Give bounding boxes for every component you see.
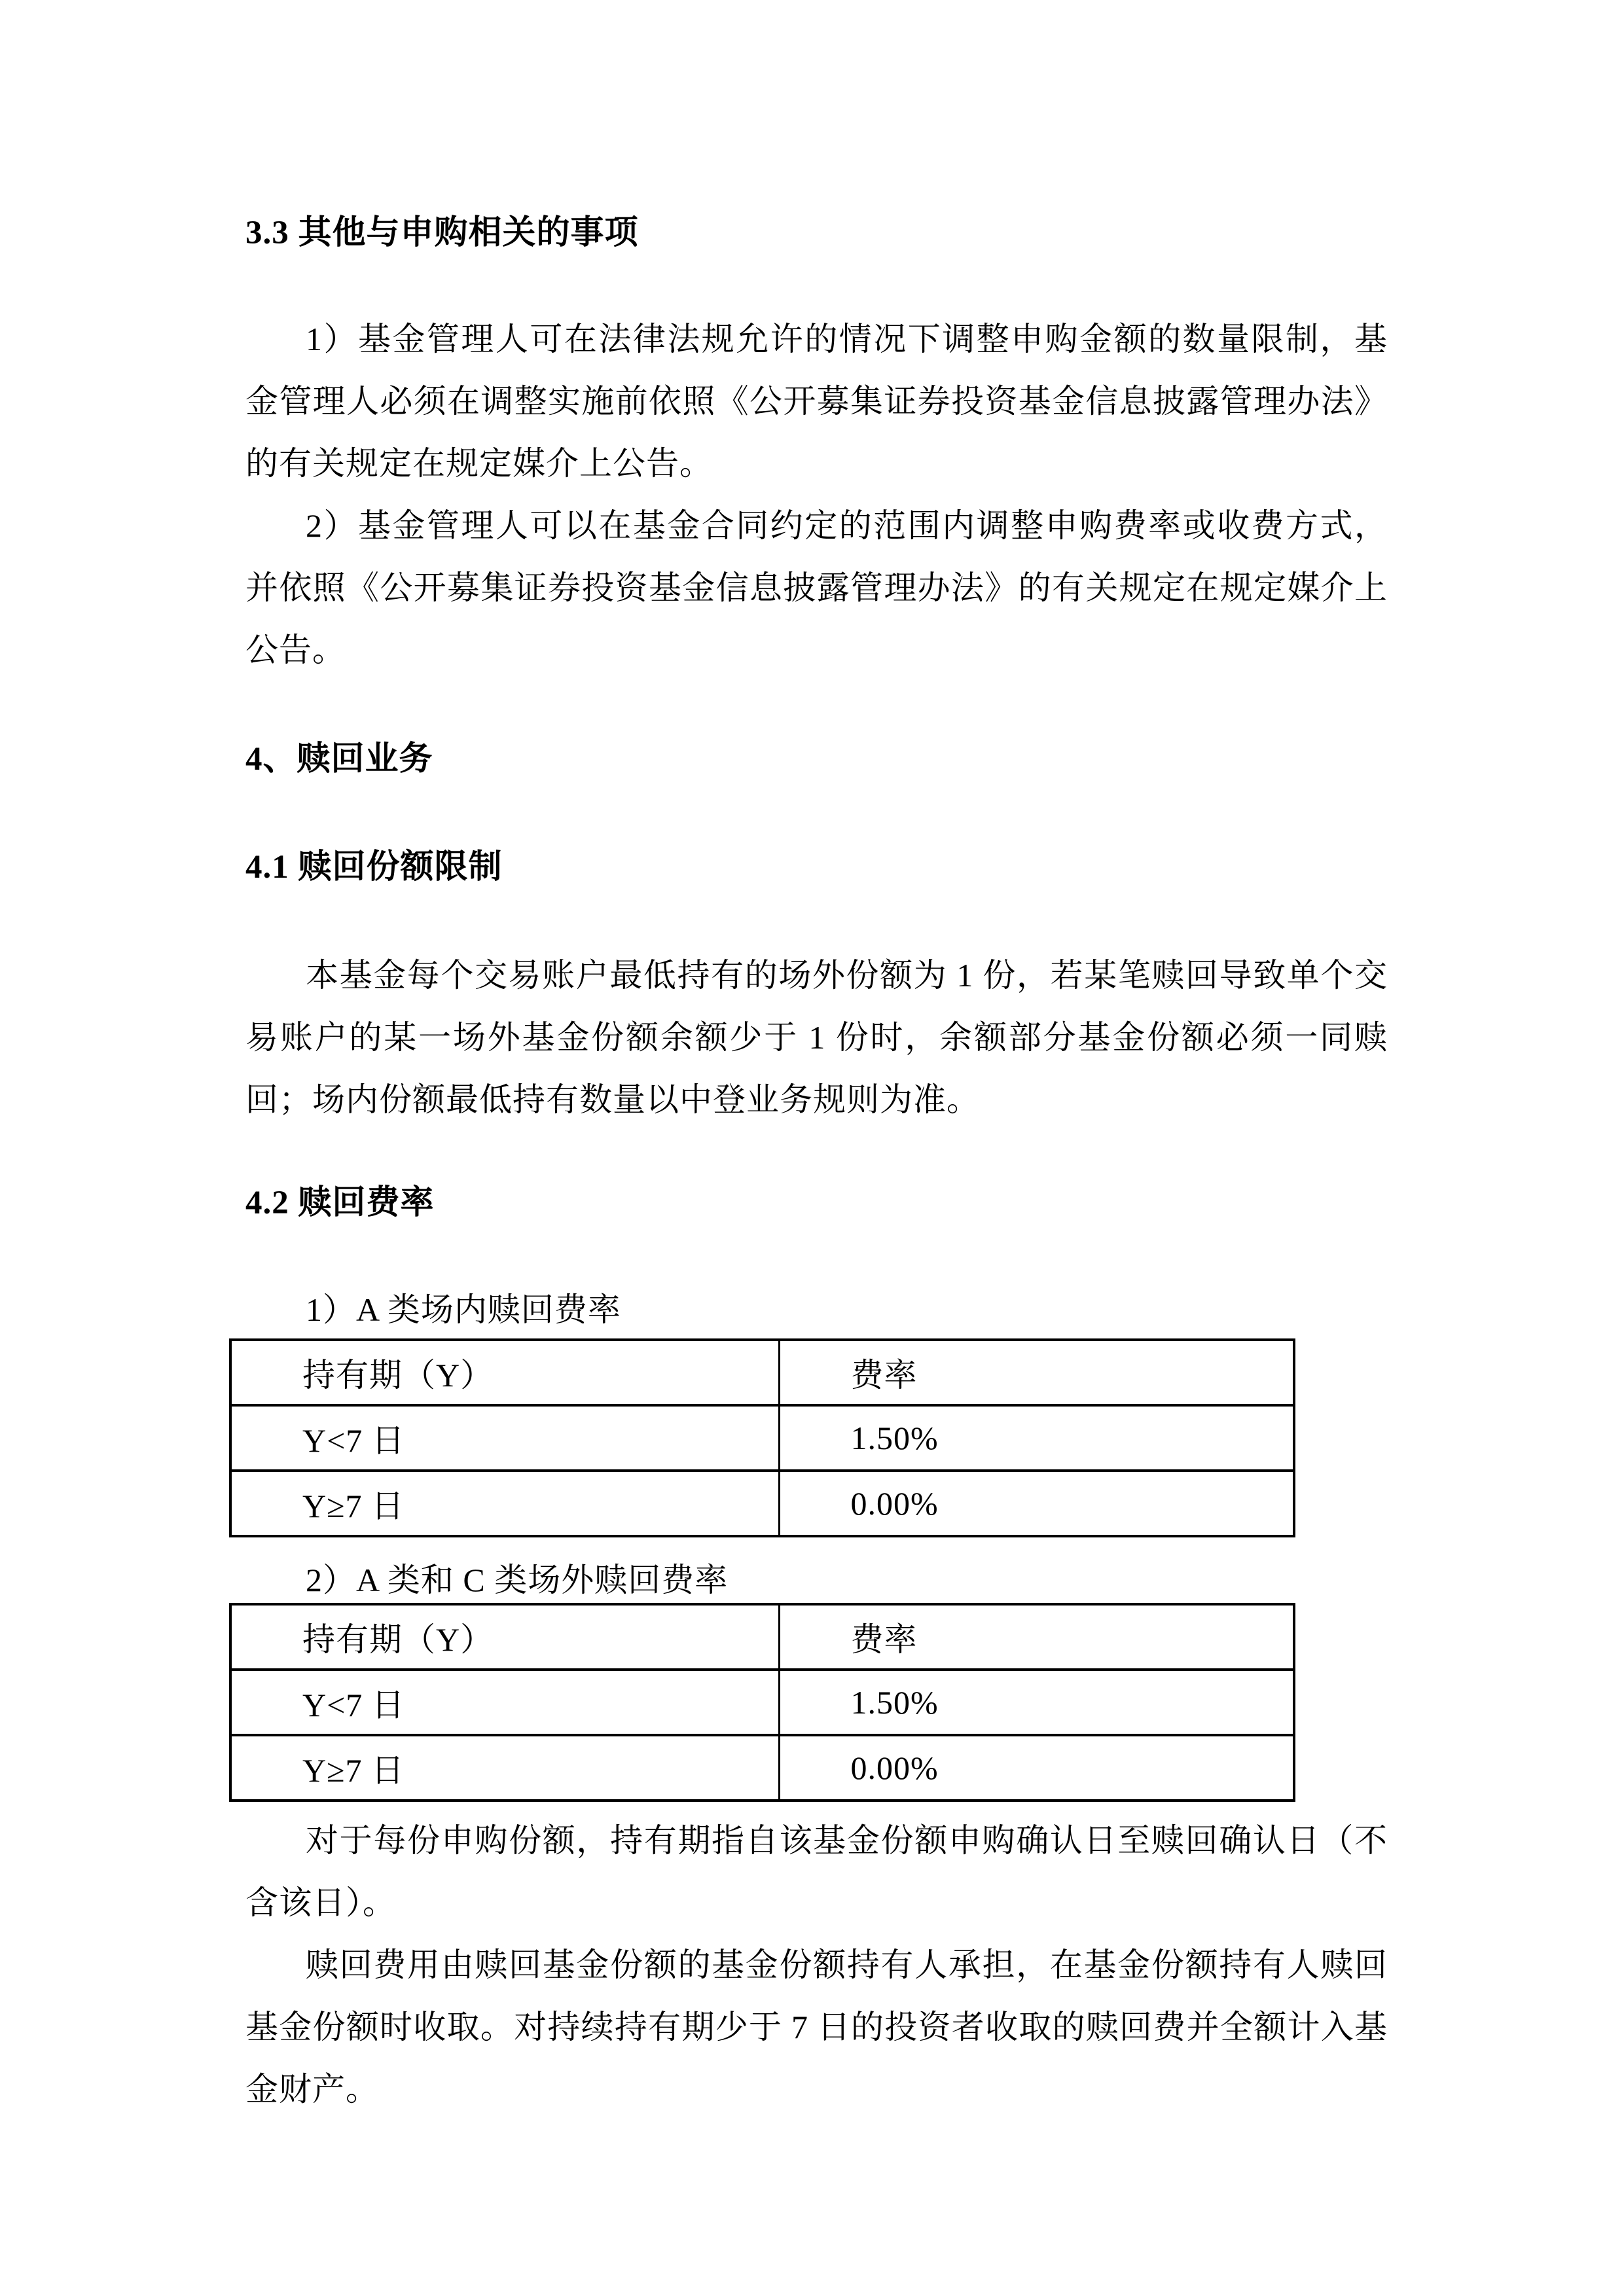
fee-rate-cell: 0.00% <box>779 1735 1294 1801</box>
holding-period-header-cell: 持有期（Y） <box>230 1340 779 1405</box>
section-heading-4-1: 4.1 赎回份额限制 <box>245 844 1388 890</box>
document-body: 3.3 其他与申购相关的事项 1）基金管理人可在法律法规允许的情况下调整申购金额… <box>245 0 1388 2121</box>
holding-period-header-cell: 持有期（Y） <box>230 1604 779 1670</box>
paragraph-redemption-share-limit: 本基金每个交易账户最低持有的场外份额为 1 份，若某笔赎回导致单个交易账户的某一… <box>245 944 1388 1131</box>
redemption-fee-table-exchange: 持有期（Y） 费率 Y<7 日 1.50% Y≥7 日 0.00% <box>229 1338 1295 1537</box>
table-row: Y≥7 日 0.00% <box>230 1735 1294 1801</box>
fee-rate-header-cell: 费率 <box>779 1340 1294 1405</box>
paragraph-subscription-limit: 1）基金管理人可在法律法规允许的情况下调整申购金额的数量限制，基金管理人必须在调… <box>245 308 1388 495</box>
paragraph-subscription-fee-adjust: 2）基金管理人可以在基金合同约定的范围内调整申购费率或收费方式，并依照《公开募集… <box>245 495 1388 681</box>
fee-rate-cell: 1.50% <box>779 1405 1294 1471</box>
fee-rate-cell: 0.00% <box>779 1471 1294 1536</box>
holding-period-cell: Y<7 日 <box>230 1670 779 1735</box>
holding-period-cell: Y≥7 日 <box>230 1735 779 1801</box>
table-label-class-a-c-otc: 2）A 类和 C 类场外赎回费率 <box>245 1557 1388 1603</box>
section-heading-4-2: 4.2 赎回费率 <box>245 1180 1388 1226</box>
table-label-class-a-exchange: 1）A 类场内赎回费率 <box>245 1287 1388 1333</box>
fee-rate-cell: 1.50% <box>779 1670 1294 1735</box>
holding-period-cell: Y≥7 日 <box>230 1471 779 1536</box>
paragraph-redemption-fee-bearer: 赎回费用由赎回基金份额的基金份额持有人承担，在基金份额持有人赎回基金份额时收取。… <box>245 1934 1388 2121</box>
redemption-fee-table-otc: 持有期（Y） 费率 Y<7 日 1.50% Y≥7 日 0.00% <box>229 1603 1295 1802</box>
table-header-row: 持有期（Y） 费率 <box>230 1340 1294 1405</box>
paragraph-holding-period-definition: 对于每份申购份额，持有期指自该基金份额申购确认日至赎回确认日（不含该日）。 <box>245 1810 1388 1934</box>
section-heading-4: 4、赎回业务 <box>245 736 1388 782</box>
fee-rate-header-cell: 费率 <box>779 1604 1294 1670</box>
table-row: Y≥7 日 0.00% <box>230 1471 1294 1536</box>
table-row: Y<7 日 1.50% <box>230 1670 1294 1735</box>
document-page: { "colors": { "text": "#000000", "backgr… <box>0 0 1624 2296</box>
section-heading-3-3: 3.3 其他与申购相关的事项 <box>245 210 1388 256</box>
table-header-row: 持有期（Y） 费率 <box>230 1604 1294 1670</box>
table-row: Y<7 日 1.50% <box>230 1405 1294 1471</box>
holding-period-cell: Y<7 日 <box>230 1405 779 1471</box>
